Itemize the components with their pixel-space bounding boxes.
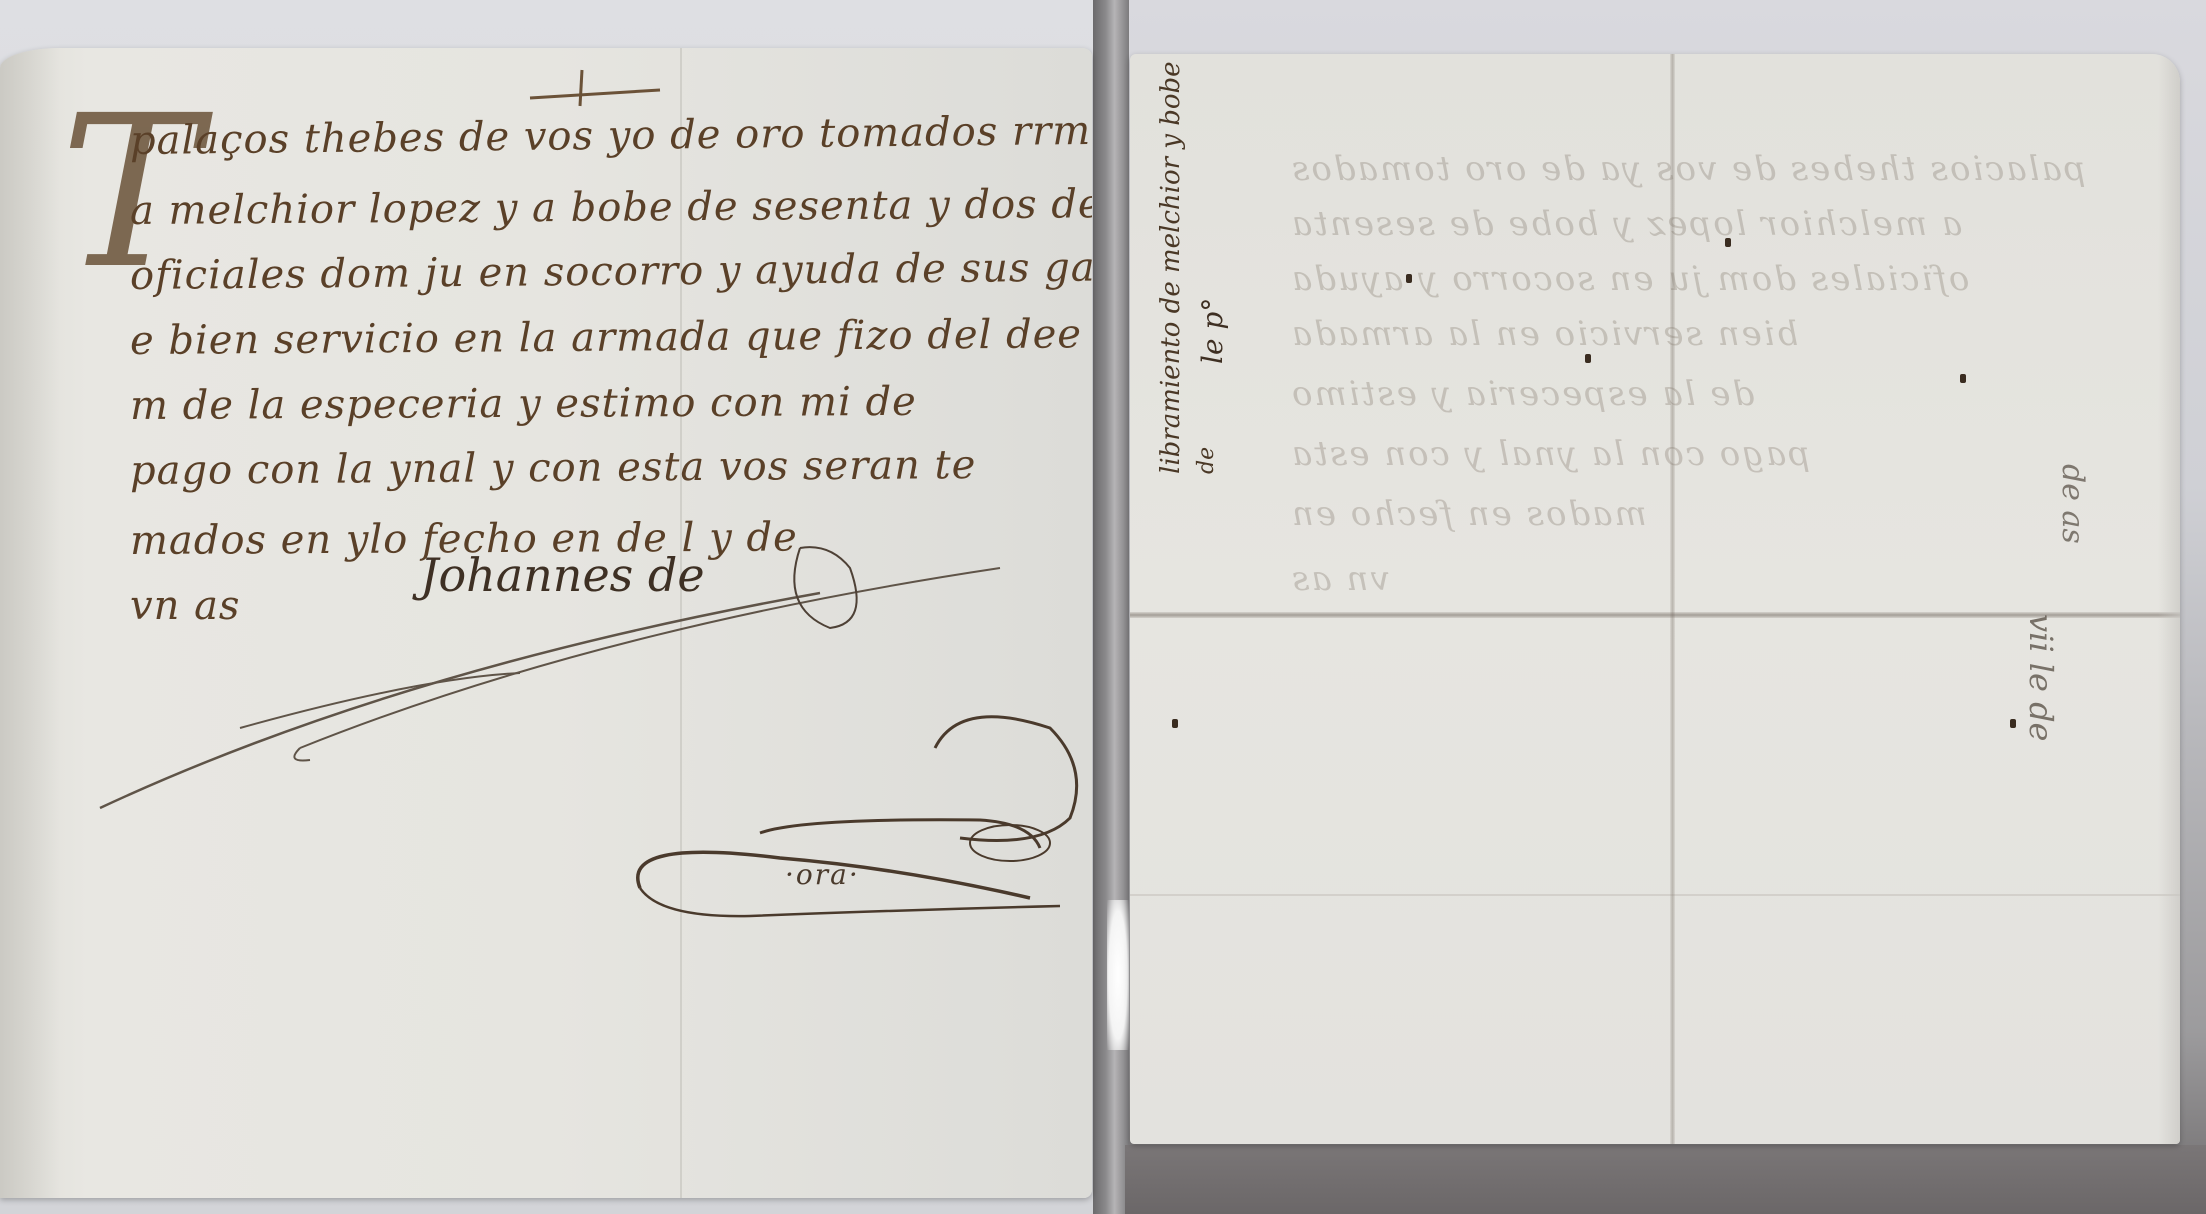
vertical-fold-crease [1670, 54, 1675, 1144]
bleed-through-line-5: de la especeria y estimo [1290, 374, 1754, 414]
lower-fold-crease [1130, 894, 2180, 896]
manuscript-line-3: oficiales dom ju en socorro y ayuda de s… [130, 244, 1092, 299]
endorsement-line-1: de as [2055, 464, 2090, 544]
ink-spot [1585, 354, 1591, 363]
bleed-through-line-2: a melchior lopez y bobe de sesenta [1290, 204, 1962, 244]
bleed-through-line-6: pago con la ynal y con esta [1290, 434, 1810, 474]
manuscript-line-5: m de la especeria y estimo con mi de [130, 379, 917, 429]
manuscript-line-8: vn as [130, 583, 240, 629]
bleed-through-line-1: palacios thebes de vos ya de oro tomados [1290, 149, 2086, 189]
bleed-through-line-3: oficiales dom ju en socorro y ayuda [1290, 259, 1969, 299]
docket-note-line-3: de [1194, 447, 1219, 474]
page-edge [2158, 54, 2180, 1144]
left-page: T palaços thebes de vos yo de oro tomado… [0, 48, 1092, 1198]
manuscript-line-1: palaços thebes de vos yo de oro tomados … [130, 107, 1092, 164]
manuscript-line-2: a melchior lopez y a bobe de sesenta y d… [130, 181, 1092, 234]
ink-spot [1960, 374, 1966, 383]
bleed-through-line-4: bien servicio en la armada [1290, 314, 1798, 354]
table-surface [1125, 1145, 2206, 1214]
rubric-abbreviation: ·ora· [785, 858, 860, 891]
light-glare [1107, 900, 1129, 1050]
bleed-through-line-8: vn as [1290, 559, 1390, 599]
ink-spot [1172, 719, 1178, 728]
ink-spot [2010, 719, 2016, 728]
docket-note-line-1: libramiento de melchior y bobe [1156, 61, 1186, 474]
signature: Johannes de [420, 548, 705, 602]
cross-mark-icon [520, 68, 670, 108]
manuscript-line-4: e bien servicio en la armada que fizo de… [130, 311, 1082, 364]
bleed-through-line-7: mados en fecho en [1290, 494, 1647, 534]
endorsement-line-2: vii le de [2022, 614, 2060, 741]
ink-spot [1406, 274, 1412, 283]
right-page: palacios thebes de vos ya de oro tomados… [1130, 54, 2180, 1144]
manuscript-line-6: pago con la ynal y con esta vos seran te [130, 442, 977, 494]
ink-spot [1725, 238, 1731, 247]
docket-note-line-2: le p° [1196, 298, 1229, 364]
